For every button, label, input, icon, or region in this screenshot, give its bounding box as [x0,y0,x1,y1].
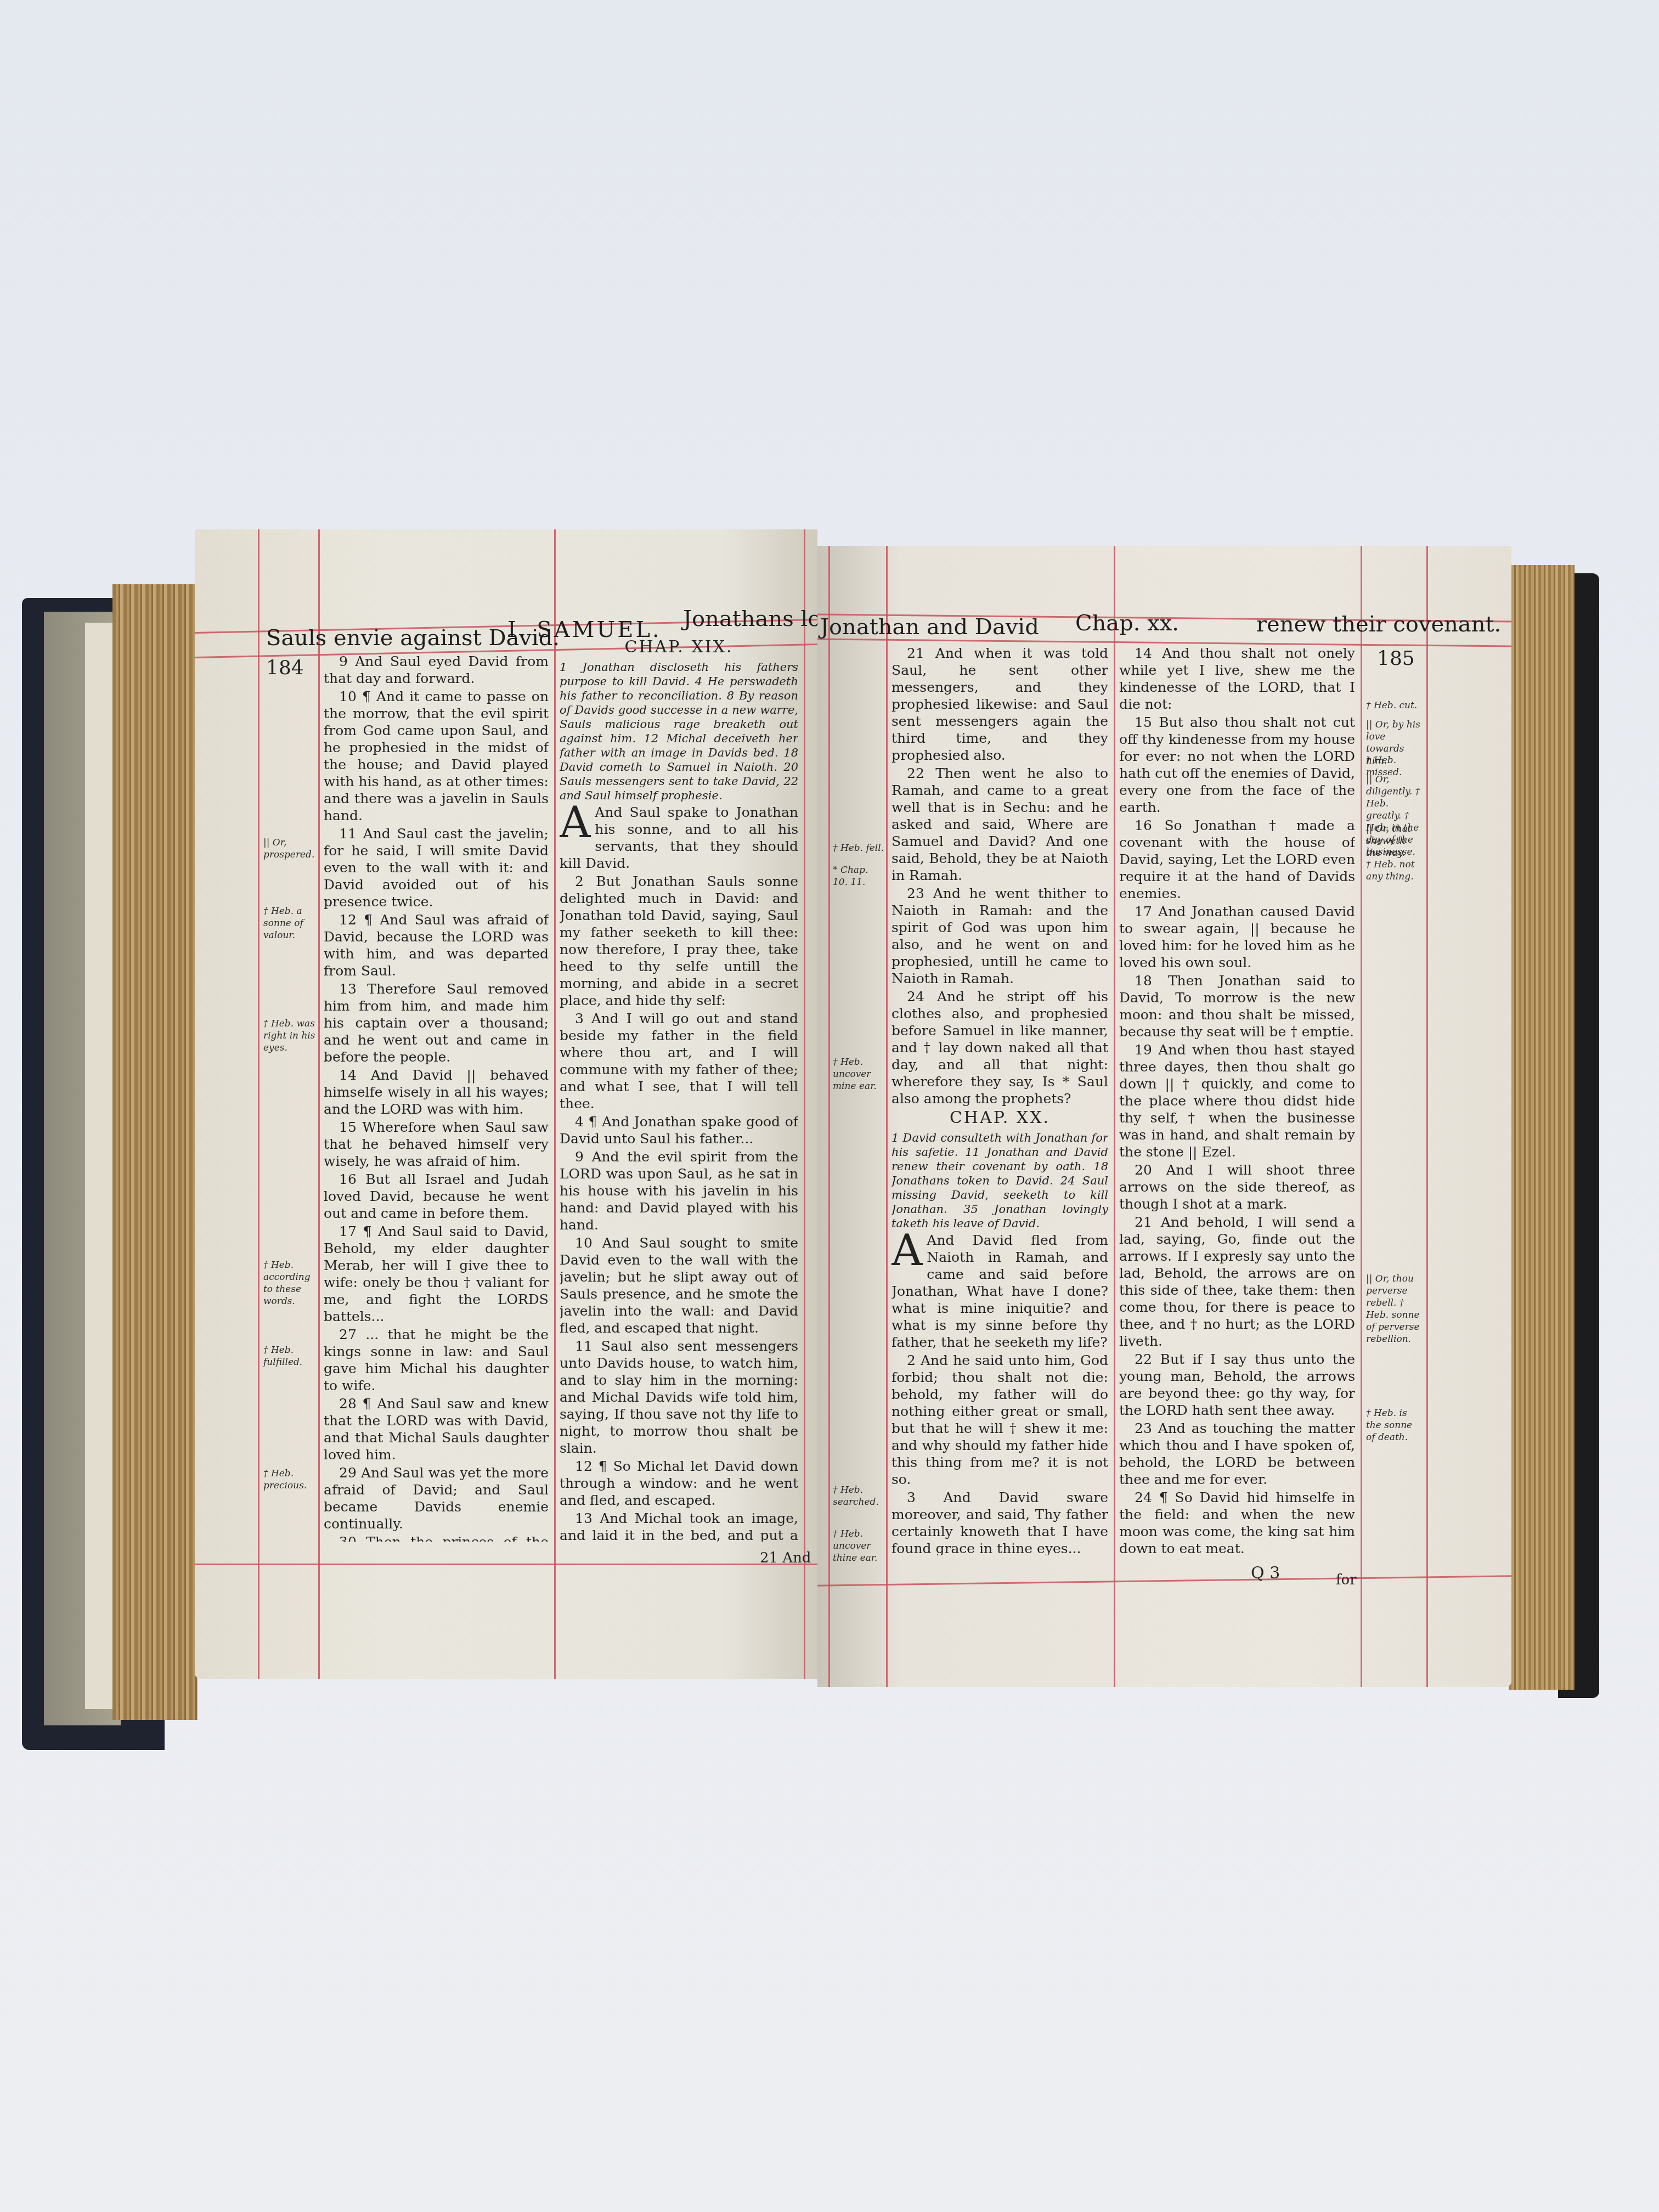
ruling-line [318,529,320,1679]
verse: 9 And Saul eyed David from that day and … [324,653,549,687]
right-column-1: 21 And when it was told Saul, he sent ot… [891,645,1108,1555]
left-column-2: CHAP. XIX. 1 Jonathan discloseth his fat… [560,636,798,1542]
catchword: 21 And [760,1550,811,1566]
verse: 11 And Saul cast the javelin; for he sai… [324,825,549,910]
verse: 18 Then Jonathan said to David, To morro… [1119,972,1355,1040]
verse: 9 And the evil spirit from the LORD was … [560,1148,798,1233]
margin-note: † Heb. a sonne of valour. [263,905,318,941]
verse: 15 Wherefore when Saul saw that he behav… [324,1119,549,1170]
page-number: 184 [266,657,304,679]
margin-note: † Heb. was right in his eyes. [263,1018,318,1054]
right-page: Jonathan and David Chap. xx. renew their… [817,546,1511,1687]
verse: 22 But if I say thus unto the young man,… [1119,1351,1355,1419]
left-page: Sauls envie against David. I. SAMUEL. Jo… [195,529,817,1679]
verse: 10 ¶ And it came to passe on the morrow,… [324,688,549,824]
chapter-heading: CHAP. XIX. [560,639,798,656]
verse: 29 And Saul was yet the more afraid of D… [324,1464,549,1532]
verse: 28 ¶ And Saul saw and knew that the LORD… [324,1395,549,1463]
margin-note: † Heb. uncover thine ear. [833,1528,885,1564]
margin-note: || Or, prospered. [263,837,318,861]
verse: 10 And Saul sought to smite David even t… [560,1234,798,1336]
margin-note: † Heb. fulfilled. [263,1344,318,1368]
page-edges-left [112,584,198,1720]
verse: 24 And he stript off his clothes also, a… [891,988,1108,1107]
margin-notes: || Or, prospered. † Heb. a sonne of valo… [263,837,318,1660]
margin-note: * Chap. 10. 11. [833,864,885,888]
verse: 3 And David sware moreover, and said, Th… [891,1489,1108,1555]
drop-cap: A [560,805,590,841]
verse: 22 Then went he also to Ramah, and came … [891,765,1108,884]
verse: 21 And behold, I will send a lad, saying… [1119,1214,1355,1350]
verse: 14 And thou shalt not onely while yet I … [1119,645,1355,713]
running-head-left: Jonathan and David [820,614,1039,640]
ruling-line [258,529,259,1679]
verse: 13 And Michal took an image, and laid it… [560,1510,798,1542]
verse: 11 Saul also sent messengers unto Davids… [560,1338,798,1457]
ruling-line [1114,546,1115,1687]
verse: 30 Then the princes of the Philistines w… [324,1533,549,1542]
verse: 21 And when it was told Saul, he sent ot… [891,645,1108,764]
outer-margin-notes: † Heb. cut. || Or, by his love towards h… [1366,699,1424,1577]
verse: 14 And David || behaved himselfe wisely … [324,1066,549,1118]
chapter-heading: CHAP. XX. [891,1109,1108,1126]
ruling-line [828,546,830,1687]
drop-cap: A [891,1233,922,1269]
verse: And Saul spake to Jonathan his sonne, an… [560,804,798,871]
verse: 15 But also thou shalt not cut off thy k… [1119,714,1355,816]
verse: 17 And Jonathan caused David to swear ag… [1119,903,1355,971]
margin-note: † Heb. fell. [833,842,885,854]
left-column-1: 9 And Saul eyed David from that day and … [324,653,549,1542]
margin-note: † Heb. according to these words. [263,1259,318,1307]
verse: 3 And I will go out and stand beside my … [560,1010,798,1112]
verse: 19 And when thou hast stayed three dayes… [1119,1041,1355,1160]
ruling-line [886,546,888,1687]
catchword: for [1336,1572,1357,1588]
margin-note: || Or, thou perverse rebell. † Heb. sonn… [1366,1273,1424,1345]
page-edges-right [1509,565,1575,1690]
running-head-chapter: Chap. xx. [1075,611,1179,636]
verse: 2 And he said unto him, God forbid; thou… [891,1352,1108,1488]
verse: 16 So Jonathan † made a covenant with th… [1119,817,1355,902]
ruling-line [554,529,556,1679]
ruling-line [1426,546,1428,1687]
verse: 17 ¶ And Saul said to David, Behold, my … [324,1223,549,1325]
margin-note: † Heb. searched. [833,1484,885,1508]
verse: 27 ... that he might be the kings sonne … [324,1326,549,1394]
margin-note: † Heb. is the sonne of death. [1366,1407,1424,1443]
chapter-summary: 1 David consulteth with Jonathan for his… [891,1131,1108,1231]
verse: 24 ¶ So David hid himselfe in the field:… [1119,1489,1355,1555]
margin-note: † Heb. precious. [263,1468,318,1492]
verse: 23 And as touching the matter which thou… [1119,1420,1355,1488]
margin-note: † Heb. not any thing. [1366,859,1424,883]
verse: 23 And he went thither to Naioth in Rama… [891,885,1108,987]
verse: 12 ¶ And Saul was afraid of David, becau… [324,911,549,979]
verse: 13 Therefore Saul removed him from him, … [324,980,549,1065]
running-head-right: Jonathans love. Michals [683,606,817,631]
verse: And David fled from Naioth in Ramah, and… [891,1232,1108,1350]
margin-note: † Heb. cut. [1366,699,1424,712]
margin-note: || Or, that sheweth the way. [1366,823,1424,859]
verse: 4 ¶ And Jonathan spake good of David unt… [560,1113,798,1147]
right-column-2: 14 And thou shalt not onely while yet I … [1119,645,1355,1555]
ruling-line [1361,546,1362,1687]
running-head-right: renew their covenant. [1256,612,1501,637]
verse: 20 And I will shoot three arrows on the … [1119,1161,1355,1212]
verse: 16 But all Israel and Judah loved David,… [324,1171,549,1222]
ruling-line [804,529,805,1679]
margin-note: † Heb. uncover mine ear. [833,1056,885,1092]
verse: 2 But Jonathan Sauls sonne delighted muc… [560,873,798,1009]
verse: 12 ¶ So Michal let David down through a … [560,1458,798,1509]
signature-mark: Q 3 [1251,1564,1280,1583]
chapter-summary: 1 Jonathan discloseth his fathers purpos… [560,660,798,803]
page-number: 185 [1377,647,1415,670]
inner-margin-notes: † Heb. fell. * Chap. 10. 11. † Heb. unco… [833,842,885,1610]
